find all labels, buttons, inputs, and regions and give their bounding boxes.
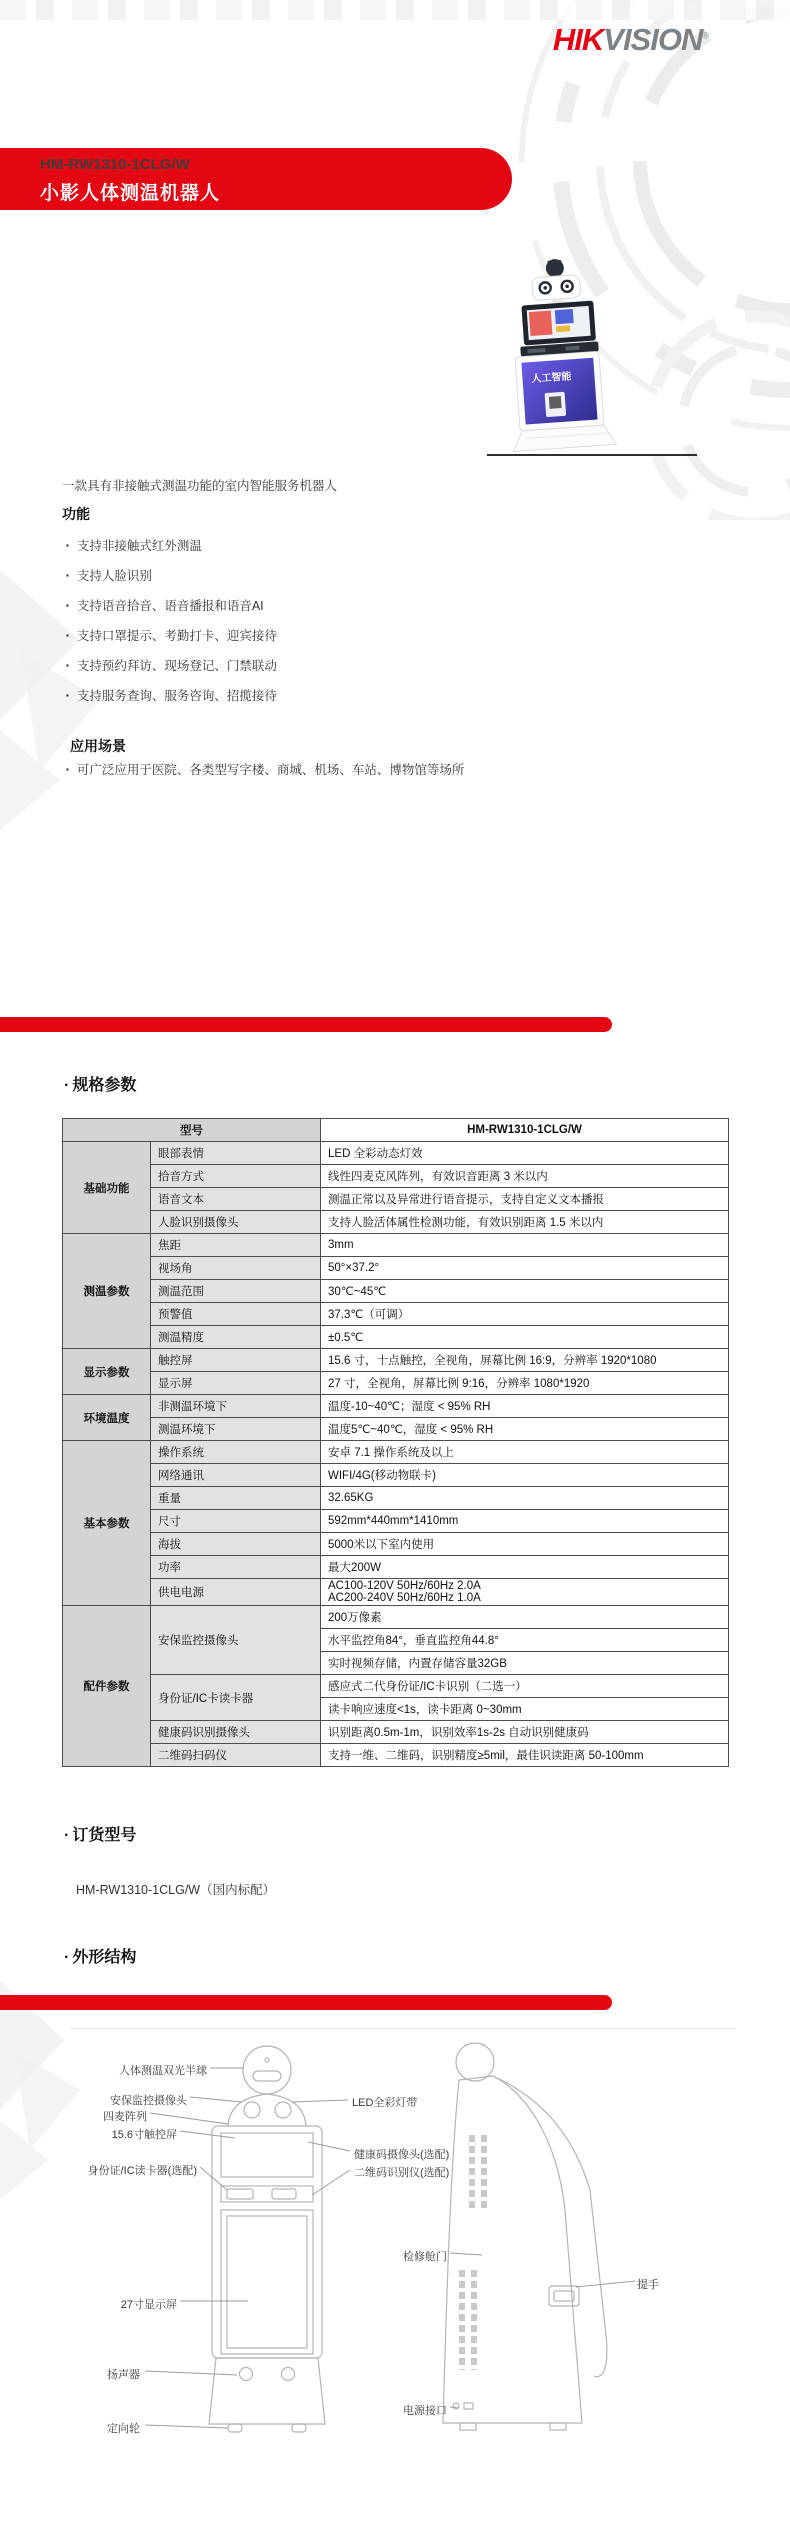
spec-label-cell: 预警值 [151,1303,321,1326]
spec-row: 重量32.65KG [63,1487,729,1510]
product-description: 一款具有非接触式测温功能的室内智能服务机器人 [62,476,622,494]
list-bullet-icon: ▪ [66,691,69,700]
spec-group-cell: 基础功能 [63,1142,151,1234]
spec-value-cell: 50°×37.2° [321,1257,729,1280]
spec-value-cell: 30℃~45℃ [321,1280,729,1303]
spec-value-cell: 测温正常以及异常进行语音提示，支持自定义文本播报 [321,1188,729,1211]
section-heading-structure: ·外形结构 [64,1944,136,1967]
list-item-text: 可广泛应用于医院、各类型写字楼、商城、机场、车站、博物馆等场所 [77,763,465,777]
spec-model-label: 型号 [63,1119,321,1142]
hikvision-logo: HIKVISION® [553,22,708,58]
list-bullet-icon: ▪ [66,601,69,610]
spec-table-body: 型号 HM-RW1310-1CLG/W 基础功能眼部表情LED 全彩动态灯效拾音… [63,1119,729,1767]
label-led-strip: LED全彩灯带 [352,2094,417,2110]
spec-value-cell: 支持人脸活体属性检测功能，有效识别距离 1.5 米以内 [321,1211,729,1234]
spec-model-value: HM-RW1310-1CLG/W [321,1119,729,1142]
spec-row: 网络通讯WIFI/4G(移动物联卡) [63,1464,729,1487]
spec-label-cell: 海拔 [151,1533,321,1556]
list-item: ▪支持预约拜访、现场登记、门禁联动 [66,651,277,681]
list-item: ▪支持人脸识别 [66,561,277,591]
logo-vision-text: VISION [603,22,702,57]
spec-row: 测温精度±0.5℃ [63,1326,729,1349]
spec-label-cell: 语音文本 [151,1188,321,1211]
label-power-port: 电源接口 [367,2402,447,2418]
spec-label-cell: 触控屏 [151,1349,321,1372]
spec-row: 视场角50°×37.2° [63,1257,729,1280]
spec-value-cell: 线性四麦克风阵列，有效识音距离 3 米以内 [321,1165,729,1188]
red-divider-bottom [0,1995,612,2010]
spec-value-cell: 27 寸，全视角，屏幕比例 9:16，分辨率 1080*1920 [321,1372,729,1395]
spec-row: 供电电源AC100-120V 50Hz/60Hz 2.0A AC200-240V… [63,1579,729,1606]
spec-label-cell: 人脸识别摄像头 [151,1211,321,1234]
spec-table: 型号 HM-RW1310-1CLG/W 基础功能眼部表情LED 全彩动态灯效拾音… [62,1118,729,1767]
spec-row: 预警值37.3℃（可调） [63,1303,729,1326]
spec-value-cell: AC100-120V 50Hz/60Hz 2.0A AC200-240V 50H… [321,1579,729,1606]
spec-row: 测温环境下温度5℃~40℃，湿度 < 95% RH [63,1418,729,1441]
spec-value-cell: 15.6 寸，十点触控，全视角，屏幕比例 16:9，分辨率 1920*1080 [321,1349,729,1372]
spec-group-cell: 配件参数 [63,1606,151,1767]
label-id-card-reader: 身份证/IC读卡器(选配) [0,2162,197,2178]
spec-label-cell: 操作系统 [151,1441,321,1464]
red-divider-top [0,1017,612,1032]
spec-label-cell: 非测温环境下 [151,1395,321,1418]
label-service-door: 检修舱门 [367,2248,447,2264]
label-handle: 提手 [637,2276,659,2292]
label-display-screen: 27寸显示屏 [0,2296,177,2312]
logo-hik-text: HIK [553,22,603,57]
features-heading: 功能 [62,504,90,524]
list-item-text: 支持服务查询、服务咨询、招揽接待 [77,689,277,703]
spec-row: 环境温度非测温环境下温度-10~40℃；湿度 < 95% RH [63,1395,729,1418]
label-touch-screen: 15.6寸触控屏 [0,2126,177,2142]
spec-value-cell: 读卡响应速度<1s，读卡距离 0~30mm [321,1698,729,1721]
spec-label-cell: 焦距 [151,1234,321,1257]
photo-ground-line [487,454,697,456]
spec-value-cell: 感应式二代身份证/IC卡识别（二选一） [321,1675,729,1698]
list-item-text: 支持语音拾音、语音播报和语音AI [77,599,264,613]
label-wheel: 定向轮 [0,2420,140,2436]
list-bullet-icon: ▪ [66,765,69,774]
section-heading-specs-label: 规格参数 [72,1077,136,1094]
heading-bullet: · [64,1949,69,1966]
list-bullet-icon: ▪ [66,571,69,580]
spec-value-cell: 200万像素 [321,1606,729,1629]
spec-label-cell: 视场角 [151,1257,321,1280]
spec-row: 人脸识别摄像头支持人脸活体属性检测功能，有效识别距离 1.5 米以内 [63,1211,729,1234]
section-heading-order-label: 订货型号 [72,1827,136,1844]
datasheet-page: HIKVISION® HM-RW1310-1CLG/W 小影人体测温机器人 [0,0,790,2533]
spec-value-cell: 592mm*440mm*1410mm [321,1510,729,1533]
spec-group-cell: 测温参数 [63,1234,151,1349]
list-bullet-icon: ▪ [66,631,69,640]
heading-bullet: · [64,1827,69,1844]
scenarios-list: ▪可广泛应用于医院、各类型写字楼、商城、机场、车站、博物馆等场所 [66,757,464,783]
list-item: ▪支持服务查询、服务咨询、招揽接待 [66,681,277,711]
spec-value-cell: 安卓 7.1 操作系统及以上 [321,1441,729,1464]
label-thermal-dome: 人体测温双光半球 [0,2062,207,2078]
spec-group-cell: 基本参数 [63,1441,151,1606]
order-model-text: HM-RW1310-1CLG/W（国内标配） [76,1880,275,1898]
spec-row: 测温范围30℃~45℃ [63,1280,729,1303]
spec-value-cell: 水平监控角84°，垂直监控角44.8° [321,1629,729,1652]
spec-label-cell: 二维码扫码仪 [151,1744,321,1767]
spec-row: 语音文本测温正常以及异常进行语音提示，支持自定义文本播报 [63,1188,729,1211]
list-item: ▪可广泛应用于医院、各类型写字楼、商城、机场、车站、博物馆等场所 [66,757,464,783]
spec-value-cell: LED 全彩动态灯效 [321,1142,729,1165]
features-list: ▪支持非接触式红外测温▪支持人脸识别▪支持语音拾音、语音播报和语音AI▪支持口罩… [66,531,277,711]
spec-label-cell: 测温环境下 [151,1418,321,1441]
spec-value-cell: 识别距离0.5m-1m，识别效率1s-2s 自动识别健康码 [321,1721,729,1744]
section-heading-structure-label: 外形结构 [72,1949,136,1966]
spec-value-cell: 32.65KG [321,1487,729,1510]
spec-label-cell: 健康码识别摄像头 [151,1721,321,1744]
spec-value-cell: 5000米以下室内使用 [321,1533,729,1556]
spec-label-cell: 网络通讯 [151,1464,321,1487]
title-banner: HM-RW1310-1CLG/W 小影人体测温机器人 [0,148,512,210]
section-heading-specs: ·规格参数 [64,1072,136,1095]
spec-value-cell: ±0.5℃ [321,1326,729,1349]
spec-value-cell: 支持一维、二维码，识别精度≥5mil，最佳识读距离 50-100mm [321,1744,729,1767]
spec-value-cell: 实时视频存储，内置存储容量32GB [321,1652,729,1675]
spec-label-cell: 重量 [151,1487,321,1510]
spec-label-cell: 尺寸 [151,1510,321,1533]
label-security-camera: 安保监控摄像头 [0,2092,187,2108]
spec-row: 二维码扫码仪支持一维、二维码，识别精度≥5mil，最佳识读距离 50-100mm [63,1744,729,1767]
spec-row: 显示屏27 寸，全视角，屏幕比例 9:16，分辨率 1080*1920 [63,1372,729,1395]
list-item-text: 支持预约拜访、现场登记、门禁联动 [77,659,277,673]
spec-row: 身份证/IC卡读卡器感应式二代身份证/IC卡识别（二选一） [63,1675,729,1698]
texture-strip-decoration [0,0,790,20]
spec-row: 配件参数安保监控摄像头200万像素 [63,1606,729,1629]
label-speaker: 扬声器 [0,2366,140,2382]
spec-row: 基本参数操作系统安卓 7.1 操作系统及以上 [63,1441,729,1464]
label-health-code-camera: 健康码摄像头(选配) [354,2146,449,2162]
spec-group-cell: 环境温度 [63,1395,151,1441]
label-mic-array: 四麦阵列 [0,2108,147,2124]
logo-registered-mark: ® [702,31,708,41]
spec-value-cell: 最大200W [321,1556,729,1579]
list-bullet-icon: ▪ [66,541,69,550]
spec-label-cell: 功率 [151,1556,321,1579]
list-item: ▪支持非接触式红外测温 [66,531,277,561]
spec-value-cell: 温度5℃~40℃，湿度 < 95% RH [321,1418,729,1441]
spec-label-cell: 安保监控摄像头 [151,1606,321,1675]
spec-label-cell: 身份证/IC卡读卡器 [151,1675,321,1721]
list-bullet-icon: ▪ [66,661,69,670]
scenarios-heading: 应用场景 [70,736,126,756]
spec-group-cell: 显示参数 [63,1349,151,1395]
spec-label-cell: 供电电源 [151,1579,321,1606]
list-item-text: 支持人脸识别 [77,569,152,583]
spec-row: 海拔5000米以下室内使用 [63,1533,729,1556]
spec-label-cell: 眼部表情 [151,1142,321,1165]
spec-value-cell: WIFI/4G(移动物联卡) [321,1464,729,1487]
spec-row: 显示参数触控屏15.6 寸，十点触控，全视角，屏幕比例 16:9，分辨率 192… [63,1349,729,1372]
spec-row: 健康码识别摄像头识别距离0.5m-1m，识别效率1s-2s 自动识别健康码 [63,1721,729,1744]
structure-hairline [70,2028,735,2029]
spec-value-cell: 温度-10~40℃；湿度 < 95% RH [321,1395,729,1418]
list-item: ▪支持口罩提示、考勤打卡、迎宾接待 [66,621,277,651]
heading-bullet: · [64,1077,69,1094]
spec-value-cell: 37.3℃（可调） [321,1303,729,1326]
spec-table-header-row: 型号 HM-RW1310-1CLG/W [63,1119,729,1142]
list-item-text: 支持口罩提示、考勤打卡、迎宾接待 [77,629,277,643]
spec-row: 尺寸592mm*440mm*1410mm [63,1510,729,1533]
spec-label-cell: 显示屏 [151,1372,321,1395]
spec-label-cell: 测温范围 [151,1280,321,1303]
spec-row: 功率最大200W [63,1556,729,1579]
spec-label-cell: 拾音方式 [151,1165,321,1188]
product-model: HM-RW1310-1CLG/W [40,156,190,173]
section-heading-order: ·订货型号 [64,1822,136,1845]
spec-value-cell: 3mm [321,1234,729,1257]
spec-label-cell: 测温精度 [151,1326,321,1349]
spec-row: 基础功能眼部表情LED 全彩动态灯效 [63,1142,729,1165]
label-qr-reader: 二维码识别仪(选配) [354,2164,449,2180]
spec-row: 测温参数焦距3mm [63,1234,729,1257]
product-photo: 人工智能 [490,256,700,456]
list-item: ▪支持语音拾音、语音播报和语音AI [66,591,277,621]
product-name: 小影人体测温机器人 [40,178,220,205]
spec-row: 拾音方式线性四麦克风阵列，有效识音距离 3 米以内 [63,1165,729,1188]
list-item-text: 支持非接触式红外测温 [77,539,202,553]
